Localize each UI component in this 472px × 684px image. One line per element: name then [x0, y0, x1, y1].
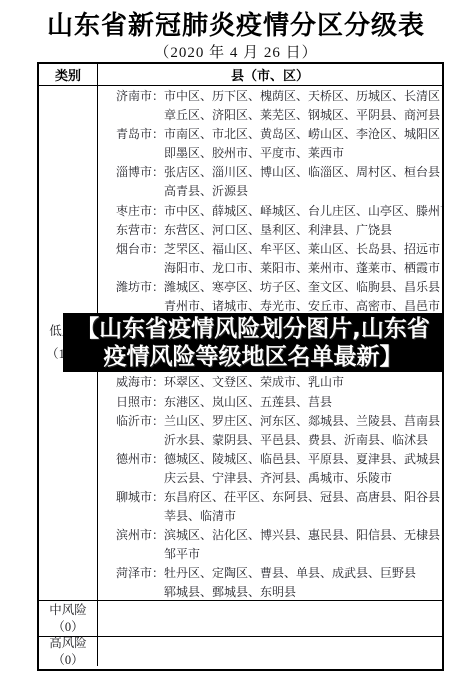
city-entry-continuation-line: 章丘区、济阳区、莱芜区、钢城区、平阴县、商河县 [98, 106, 442, 125]
city-name: 枣庄市： [116, 204, 164, 218]
city-entry-line: 威海市：环翠区、文登区、荣成市、乳山市 [98, 373, 442, 392]
header-cell-region: 县（市、区） [98, 64, 442, 85]
city-name: 滨州市： [116, 528, 164, 542]
table-header-row: 类别 县（市、区） [39, 64, 442, 85]
header-cell-category: 类别 [39, 64, 98, 85]
watermark-overlay: 【山东省疫情风险划分图片,山东省 疫情风险等级地区名单最新】 [63, 313, 443, 372]
city-name: 临沂市： [116, 414, 164, 428]
city-name: 东营市： [116, 223, 164, 237]
medium-risk-row: 中风险 （0） [39, 600, 442, 636]
city-entry-line: 滨州市：滨城区、沾化区、博兴县、惠民县、阳信县、无棣县 [98, 526, 442, 545]
city-name: 菏泽市： [116, 566, 164, 580]
city-entry-line: 聊城市：东昌府区、茌平区、东阿县、冠县、高唐县、阳谷县 [98, 488, 442, 507]
city-name: 威海市： [116, 375, 164, 389]
city-entry-continuation-line: 莘县、临清市 [98, 507, 442, 526]
city-entry-line: 临沂市：兰山区、罗庄区、河东区、郯城县、兰陵县、莒南县 [98, 412, 442, 431]
watermark-line1: 【山东省疫情风险划分图片,山东省 [76, 315, 430, 343]
city-entry-continuation-line: 海阳市、龙口市、莱阳市、莱州市、蓬莱市、栖霞市 [98, 259, 442, 278]
high-risk-label-cell: 高风险 （0） [39, 637, 98, 666]
high-risk-row: 高风险 （0） [39, 636, 442, 666]
city-entry-continuation-line: 邹平市 [98, 545, 442, 564]
document-page: 山东省新冠肺炎疫情分区分级表 （2020 年 4 月 26 日） 类别 县（市、… [0, 0, 472, 684]
city-name: 青岛市： [116, 127, 164, 141]
city-entry-line: 潍坊市：潍城区、寒亭区、坊子区、奎文区、临朐县、昌乐县 [98, 278, 442, 297]
high-risk-region-cell [98, 637, 442, 666]
city-entry-line: 德州市：德城区、陵城区、临邑县、平原县、夏津县、武城县 [98, 450, 442, 469]
city-name: 日照市： [116, 395, 164, 409]
high-risk-count: （0） [52, 652, 83, 669]
city-name: 济南市： [116, 89, 164, 103]
page-subtitle: （2020 年 4 月 26 日） [0, 41, 472, 62]
medium-risk-count: （0） [52, 619, 83, 636]
page-title: 山东省新冠肺炎疫情分区分级表 [0, 5, 472, 42]
city-entry-line: 菏泽市：牡丹区、定陶区、曹县、单县、成武县、巨野县 [98, 564, 442, 583]
city-entry-continuation-line: 郓城县、鄄城县、东明县 [98, 583, 442, 600]
medium-risk-label: 中风险 [49, 602, 87, 619]
city-entry-line: 济南市：市中区、历下区、槐荫区、天桥区、历城区、长清区 [98, 87, 442, 106]
city-entry-line: 烟台市：芝罘区、福山区、牟平区、莱山区、长岛县、招远市 [98, 240, 442, 259]
city-entry-continuation-line: 庆云县、宁津县、齐河县、禹城市、乐陵市 [98, 469, 442, 488]
city-name: 烟台市： [116, 242, 164, 256]
city-entry-line: 枣庄市：市中区、薛城区、峄城区、台儿庄区、山亭区、滕州市 [98, 202, 442, 221]
medium-risk-label-cell: 中风险 （0） [39, 601, 98, 636]
city-name: 德州市： [116, 452, 164, 466]
city-entry-continuation-line: 高青县、沂源县 [98, 182, 442, 201]
city-entry-line: 东营市：东营区、河口区、垦利区、利津县、广饶县 [98, 221, 442, 240]
city-entry-line: 日照市：东港区、岚山区、五莲县、莒县 [98, 393, 442, 412]
high-risk-label: 高风险 [49, 635, 87, 652]
city-name: 聊城市： [116, 490, 164, 504]
medium-risk-region-cell [98, 601, 442, 636]
city-name: 潍坊市： [116, 280, 164, 294]
city-entry-line: 青岛市：市南区、市北区、黄岛区、崂山区、李沧区、城阳区 [98, 125, 442, 144]
city-name: 淄博市： [116, 165, 164, 179]
city-entry-continuation-line: 沂水县、蒙阴县、平邑县、费县、沂南县、临沭县 [98, 431, 442, 450]
city-entry-continuation-line: 即墨区、胶州市、平度市、莱西市 [98, 144, 442, 163]
watermark-line2: 疫情风险等级地区名单最新】 [104, 343, 403, 371]
city-entry-line: 淄博市：张店区、淄川区、博山区、临淄区、周村区、桓台县 [98, 163, 442, 182]
